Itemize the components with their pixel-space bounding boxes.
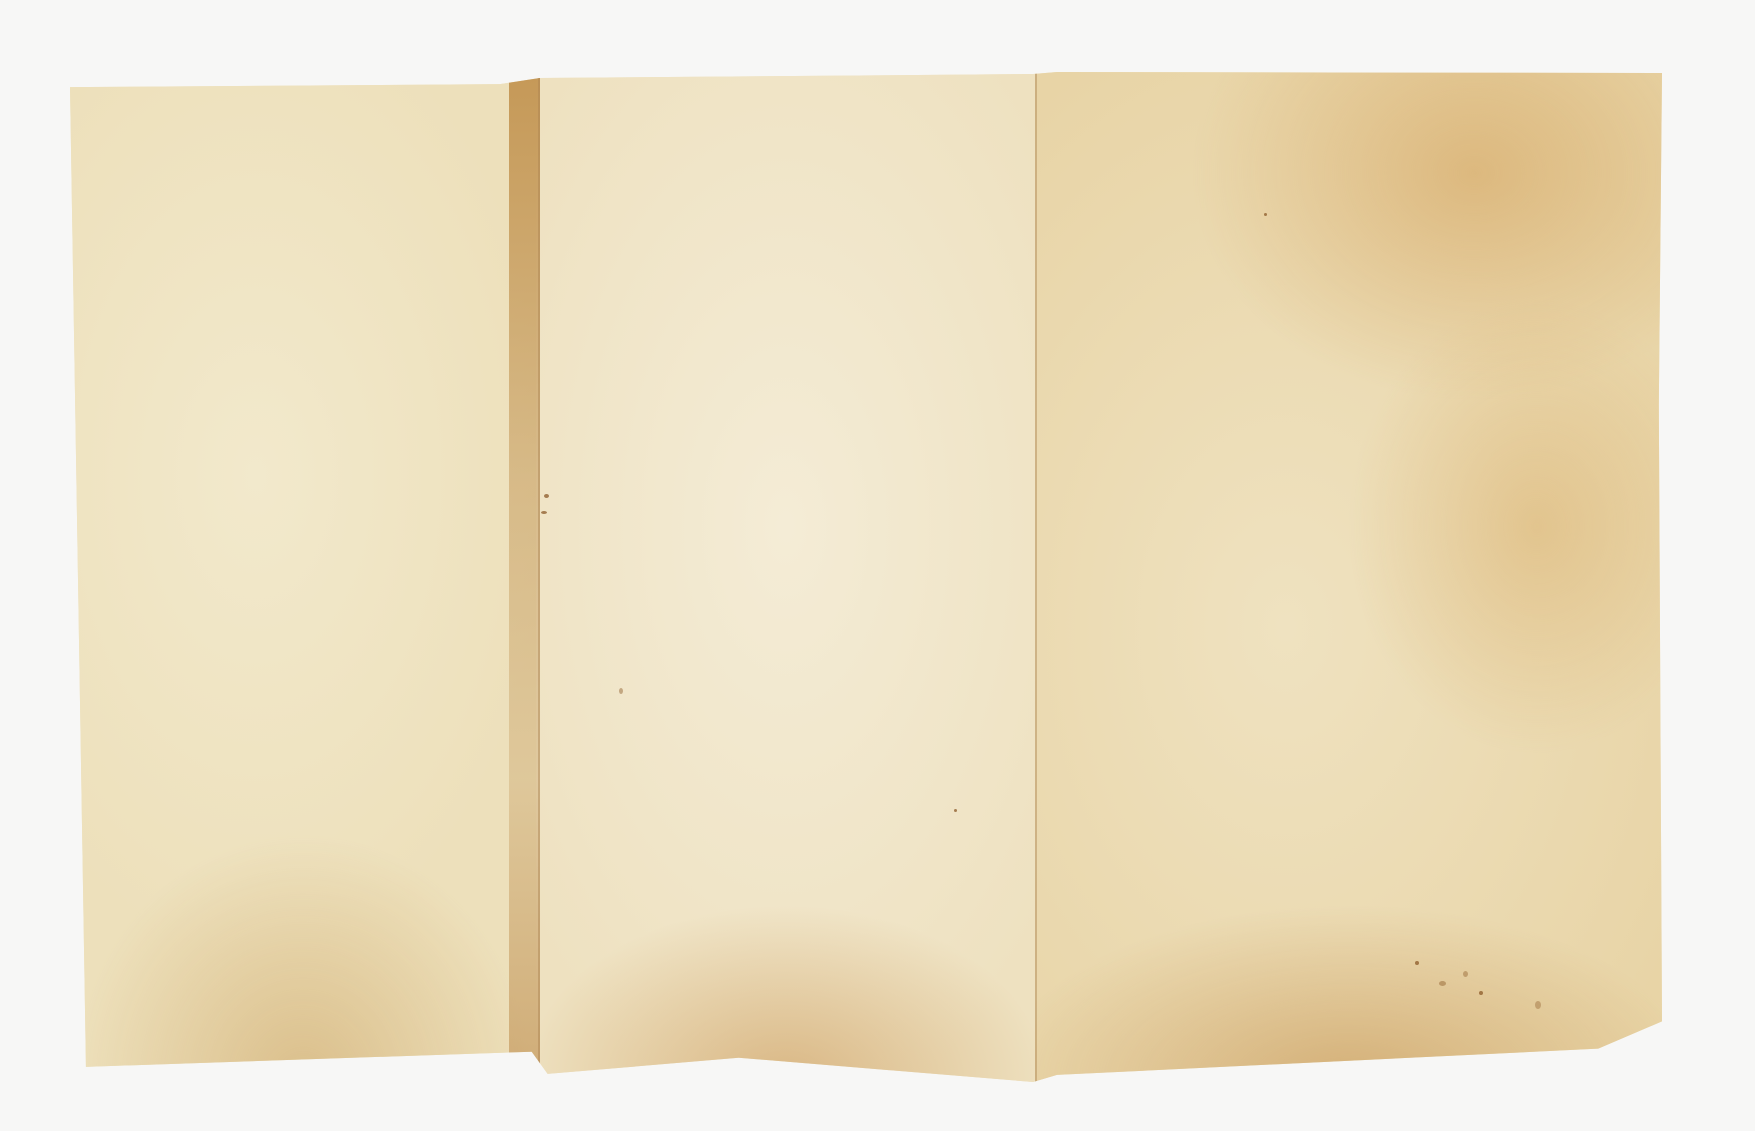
paper-panel-middle [536,72,1034,1082]
folded-paper-sheet [70,72,1662,1082]
foxing-spot [1535,1001,1541,1009]
photo-scene [0,0,1755,1131]
foxing-spot [954,809,957,812]
fold-crease-left [538,72,540,1082]
foxing-spot [1479,991,1483,995]
fold-crease-right [1035,72,1037,1082]
foxing-spot [1463,971,1468,977]
paper-panel-right [1035,72,1662,1082]
fold-stain-band [509,72,539,1082]
paper-panel-left [70,72,536,1082]
